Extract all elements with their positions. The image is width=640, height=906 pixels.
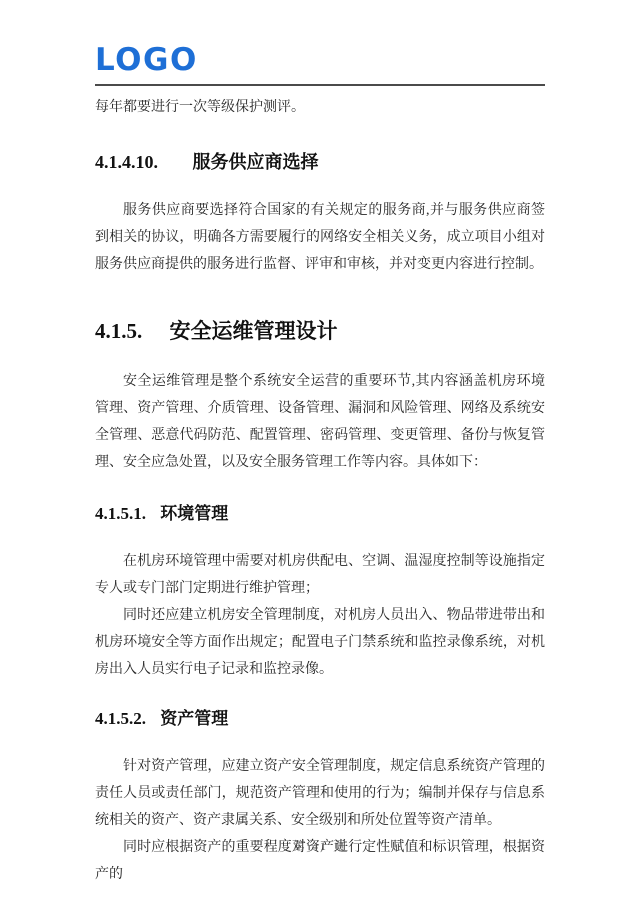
heading-number: 4.1.5.2. bbox=[95, 709, 146, 728]
page-number: 第 41 页 bbox=[293, 839, 347, 853]
heading-title: 资产管理 bbox=[160, 709, 228, 728]
heading-number: 4.1.5. bbox=[95, 319, 142, 343]
section-asset-management: 4.1.5.2. 资产管理 针对资产管理，应建立资产安全管理制度，规定信息系统资… bbox=[95, 708, 545, 888]
page-header: LOGO bbox=[0, 42, 640, 86]
carryover-paragraph: 每年都要进行一次等级保护测评。 bbox=[95, 94, 545, 121]
heading-number: 4.1.4.10. bbox=[95, 152, 158, 172]
document-page: LOGO 每年都要进行一次等级保护测评。 4.1.4.10. 服务供应商选择 服… bbox=[0, 0, 640, 906]
heading-title: 环境管理 bbox=[160, 504, 228, 523]
paragraph: 同时还应建立机房安全管理制度，对机房人员出入、物品带进带出和机房环境安全等方面作… bbox=[95, 602, 545, 683]
section-service-provider: 4.1.4.10. 服务供应商选择 服务供应商要选择符合国家的有关规定的服务商,… bbox=[95, 150, 545, 278]
header-rule bbox=[95, 84, 545, 86]
section-heading: 4.1.4.10. 服务供应商选择 bbox=[95, 150, 545, 174]
section-heading: 4.1.5.2. 资产管理 bbox=[95, 708, 545, 730]
paragraph: 安全运维管理是整个系统安全运营的重要环节,其内容涵盖机房环境管理、资产管理、介质… bbox=[95, 368, 545, 476]
paragraph: 针对资产管理，应建立资产安全管理制度，规定信息系统资产管理的责任人员或责任部门，… bbox=[95, 753, 545, 834]
paragraph: 在机房环境管理中需要对机房供配电、空调、温湿度控制等设施指定专人或专门部门定期进… bbox=[95, 548, 545, 602]
heading-title: 服务供应商选择 bbox=[193, 152, 319, 172]
page-footer: 第 41 页 bbox=[0, 837, 640, 854]
logo-text: LOGO bbox=[95, 42, 545, 78]
section-ops-management: 4.1.5. 安全运维管理设计 安全运维管理是整个系统安全运营的重要环节,其内容… bbox=[95, 318, 545, 476]
section-heading: 4.1.5.1. 环境管理 bbox=[95, 503, 545, 525]
section-environment-management: 4.1.5.1. 环境管理 在机房环境管理中需要对机房供配电、空调、温湿度控制等… bbox=[95, 503, 545, 683]
heading-title: 安全运维管理设计 bbox=[170, 319, 338, 343]
paragraph: 服务供应商要选择符合国家的有关规定的服务商,并与服务供应商签到相关的协议，明确各… bbox=[95, 197, 545, 278]
section-heading: 4.1.5. 安全运维管理设计 bbox=[95, 318, 545, 345]
document-body: 每年都要进行一次等级保护测评。 4.1.4.10. 服务供应商选择 服务供应商要… bbox=[95, 94, 545, 888]
heading-number: 4.1.5.1. bbox=[95, 504, 146, 523]
